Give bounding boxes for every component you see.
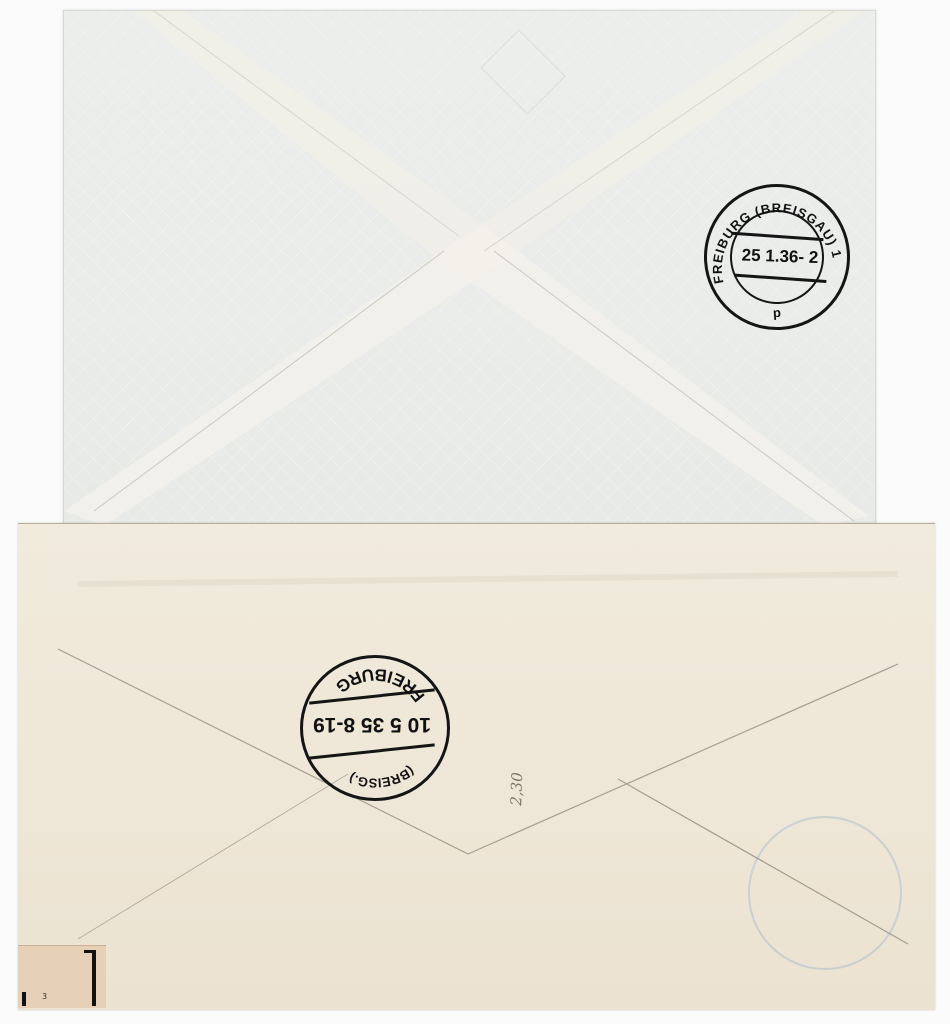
pencil-price-note: 2,30 (507, 772, 526, 806)
top-envelope: 25 1.36- 2 FREIBURG (BREISGAU) 1 p (63, 10, 876, 530)
faint-stamp-impression (748, 816, 902, 970)
postmark-ring-text: FREIBURG (BREISG.) (300, 655, 450, 801)
svg-text:FREIBURG (BREISGAU) 1: FREIBURG (BREISGAU) 1 (705, 196, 846, 285)
postmark-freiburg-1935: 10 5 35 8-19 FREIBURG (BREISG.) (300, 655, 450, 801)
postmark-code: p (772, 305, 781, 321)
postmark-freiburg-1936: 25 1.36- 2 FREIBURG (BREISGAU) 1 p (699, 179, 855, 335)
tape-label: 3 (18, 945, 106, 1008)
tape-label-text: 3 (42, 992, 47, 1001)
bottom-envelope (18, 523, 935, 1010)
svg-text:(BREISG.): (BREISG.) (347, 764, 418, 791)
svg-text:FREIBURG: FREIBURG (331, 665, 429, 706)
